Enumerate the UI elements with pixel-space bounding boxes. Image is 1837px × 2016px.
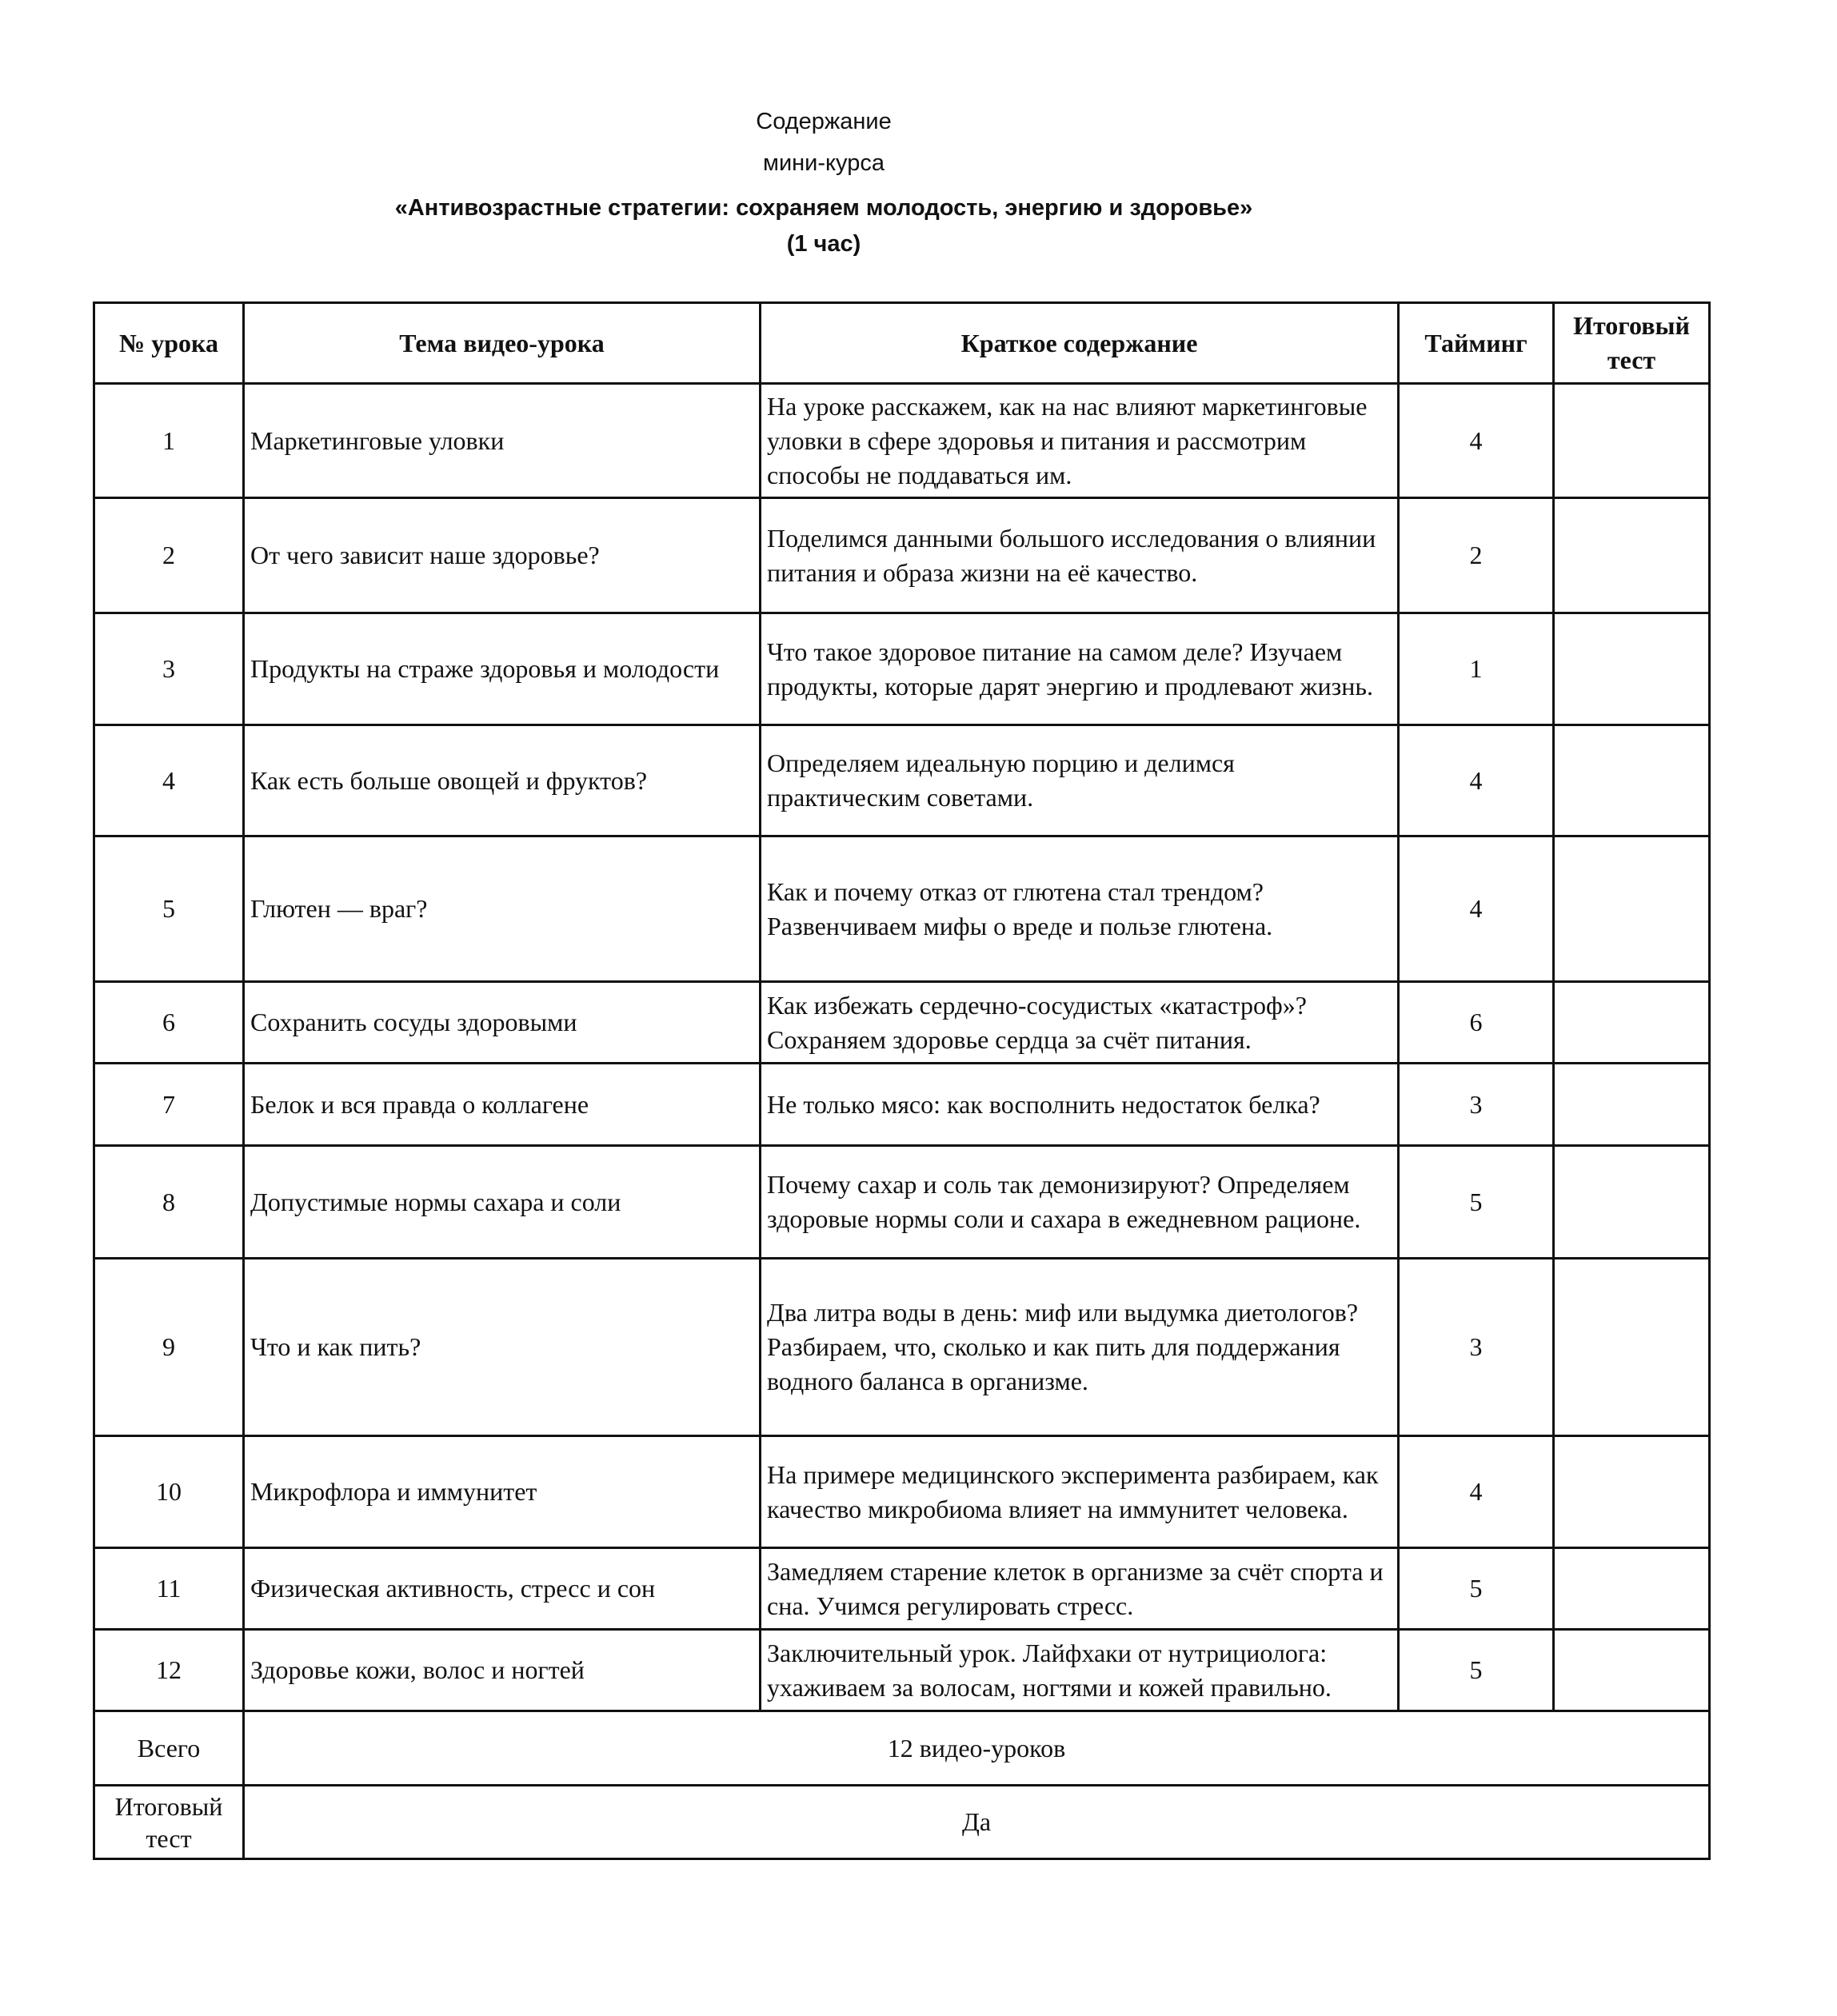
lesson-final-test	[1554, 1064, 1710, 1146]
summary-value: Да	[244, 1786, 1710, 1859]
lesson-topic: Что и как пить?	[244, 1259, 761, 1436]
summary-label: Итоговый тест	[94, 1786, 244, 1859]
lesson-description: Не только мясо: как восполнить недостато…	[761, 1064, 1399, 1146]
summary-row-total: Всего 12 видео-уроков	[94, 1711, 1710, 1786]
lesson-number: 8	[94, 1146, 244, 1259]
lesson-description: На примере медицинского эксперимента раз…	[761, 1436, 1399, 1548]
lesson-final-test	[1554, 384, 1710, 498]
lesson-timing: 3	[1399, 1064, 1554, 1146]
lesson-number: 6	[94, 982, 244, 1064]
lesson-timing: 2	[1399, 498, 1554, 613]
table-row: 7Белок и вся правда о коллагенеНе только…	[94, 1064, 1710, 1146]
lesson-final-test	[1554, 982, 1710, 1064]
lesson-topic: Глютен — враг?	[244, 836, 761, 982]
table-row: 4Как есть больше овощей и фруктов?Опреде…	[94, 725, 1710, 836]
lesson-topic: Продукты на страже здоровья и молодости	[244, 613, 761, 725]
lesson-timing: 5	[1399, 1630, 1554, 1711]
table-row: 9Что и как пить?Два литра воды в день: м…	[94, 1259, 1710, 1436]
table-row: 12Здоровье кожи, волос и ногтейЗаключите…	[94, 1630, 1710, 1711]
lesson-final-test	[1554, 1436, 1710, 1548]
lesson-final-test	[1554, 1259, 1710, 1436]
lesson-number: 5	[94, 836, 244, 982]
lesson-timing: 5	[1399, 1146, 1554, 1259]
lesson-timing: 4	[1399, 1436, 1554, 1548]
table-row: 1Маркетинговые уловкиНа уроке расскажем,…	[94, 384, 1710, 498]
lesson-description: Два литра воды в день: миф или выдумка д…	[761, 1259, 1399, 1436]
lesson-timing: 1	[1399, 613, 1554, 725]
lesson-description: Как и почему отказ от глютена стал тренд…	[761, 836, 1399, 982]
table-row: 10Микрофлора и иммунитетНа примере медиц…	[94, 1436, 1710, 1548]
lesson-topic: Сохранить сосуды здоровыми	[244, 982, 761, 1064]
lesson-topic: Допустимые нормы сахара и соли	[244, 1146, 761, 1259]
lesson-final-test	[1554, 836, 1710, 982]
lesson-timing: 4	[1399, 384, 1554, 498]
col-header-topic: Тема видео-урока	[244, 303, 761, 384]
doc-heading: Содержание	[0, 109, 1647, 135]
lesson-final-test	[1554, 613, 1710, 725]
lesson-description: Поделимся данными большого исследования …	[761, 498, 1399, 613]
lesson-number: 9	[94, 1259, 244, 1436]
lesson-topic: Как есть больше овощей и фруктов?	[244, 725, 761, 836]
lesson-number: 2	[94, 498, 244, 613]
lesson-final-test	[1554, 1630, 1710, 1711]
col-header-description: Краткое содержание	[761, 303, 1399, 384]
lesson-description: Что такое здоровое питание на самом деле…	[761, 613, 1399, 725]
lesson-number: 12	[94, 1630, 244, 1711]
lesson-timing: 3	[1399, 1259, 1554, 1436]
table-header-row: № урока Тема видео-урока Краткое содержа…	[94, 303, 1710, 384]
lesson-timing: 6	[1399, 982, 1554, 1064]
lesson-final-test	[1554, 1548, 1710, 1630]
lesson-final-test	[1554, 1146, 1710, 1259]
lesson-topic: Белок и вся правда о коллагене	[244, 1064, 761, 1146]
lesson-timing: 5	[1399, 1548, 1554, 1630]
lesson-topic: Микрофлора и иммунитет	[244, 1436, 761, 1548]
lesson-number: 11	[94, 1548, 244, 1630]
doc-subheading: мини-курса	[0, 150, 1647, 177]
summary-label: Всего	[94, 1711, 244, 1786]
lesson-final-test	[1554, 498, 1710, 613]
summary-value: 12 видео-уроков	[244, 1711, 1710, 1786]
lesson-description: Замедляем старение клеток в организме за…	[761, 1548, 1399, 1630]
col-header-number: № урока	[94, 303, 244, 384]
lesson-timing: 4	[1399, 836, 1554, 982]
lesson-description: Как избежать сердечно-сосудистых «катаст…	[761, 982, 1399, 1064]
summary-row-final-test: Итоговый тест Да	[94, 1786, 1710, 1859]
table-row: 8Допустимые нормы сахара и солиПочему са…	[94, 1146, 1710, 1259]
table-row: 2От чего зависит наше здоровье?Поделимся…	[94, 498, 1710, 613]
table-row: 6Сохранить сосуды здоровымиКак избежать …	[94, 982, 1710, 1064]
lesson-description: Заключительный урок. Лайфхаки от нутрици…	[761, 1630, 1399, 1711]
lesson-number: 4	[94, 725, 244, 836]
lesson-topic: Здоровье кожи, волос и ногтей	[244, 1630, 761, 1711]
lesson-topic: Маркетинговые уловки	[244, 384, 761, 498]
col-header-final-test: Итоговый тест	[1554, 303, 1710, 384]
lesson-description: Определяем идеальную порцию и делимся пр…	[761, 725, 1399, 836]
lesson-timing: 4	[1399, 725, 1554, 836]
lesson-final-test	[1554, 725, 1710, 836]
lesson-number: 3	[94, 613, 244, 725]
table-row: 11Физическая активность, стресс и сонЗам…	[94, 1548, 1710, 1630]
col-header-timing: Тайминг	[1399, 303, 1554, 384]
lesson-description: На уроке расскажем, как на нас влияют ма…	[761, 384, 1399, 498]
lesson-number: 7	[94, 1064, 244, 1146]
lesson-description: Почему сахар и соль так демонизируют? Оп…	[761, 1146, 1399, 1259]
lesson-topic: От чего зависит наше здоровье?	[244, 498, 761, 613]
lesson-number: 1	[94, 384, 244, 498]
lesson-topic: Физическая активность, стресс и сон	[244, 1548, 761, 1630]
course-duration: (1 час)	[0, 231, 1647, 257]
table-row: 5Глютен — враг?Как и почему отказ от глю…	[94, 836, 1710, 982]
lesson-number: 10	[94, 1436, 244, 1548]
contents-table: № урока Тема видео-урока Краткое содержа…	[93, 301, 1711, 1860]
table-row: 3Продукты на страже здоровья и молодости…	[94, 613, 1710, 725]
course-title: «Антивозрастные стратегии: сохраняем мол…	[0, 195, 1647, 222]
